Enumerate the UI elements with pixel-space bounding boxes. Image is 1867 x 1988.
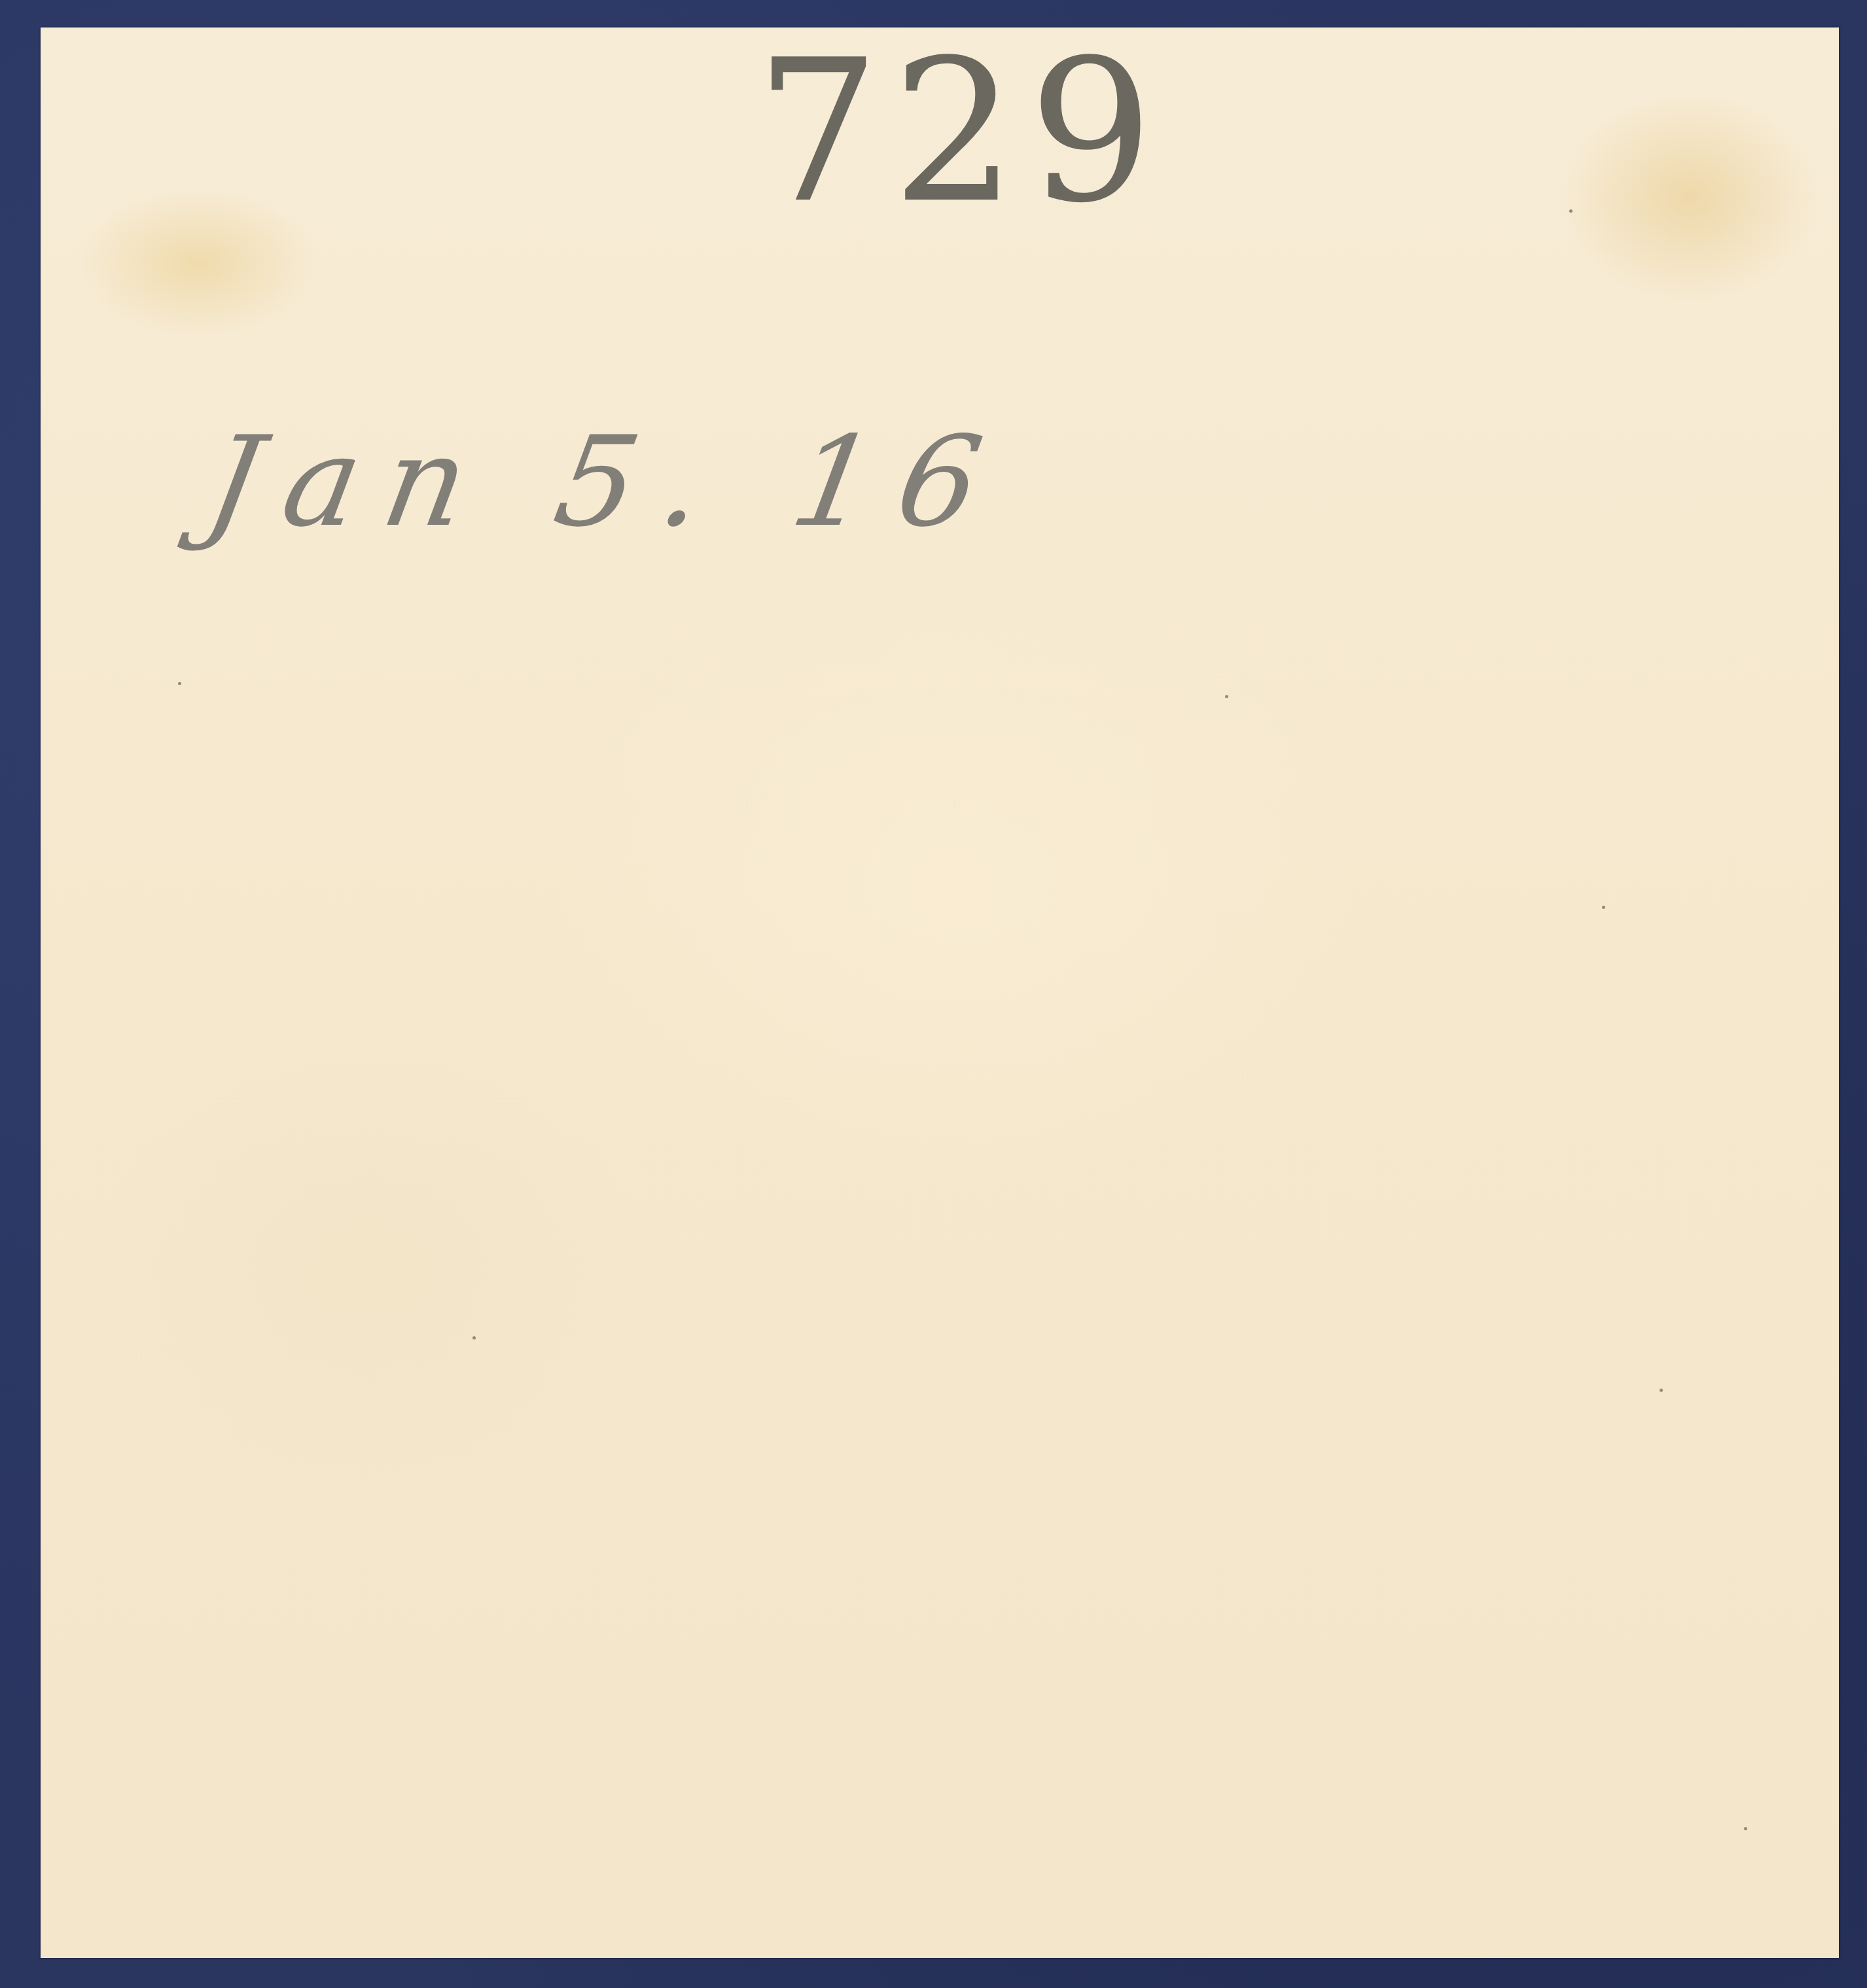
- stamped-number: 729: [755, 34, 1165, 230]
- paper-speck: [1602, 906, 1605, 909]
- paper-speck: [472, 1336, 476, 1340]
- paper-speck: [1225, 695, 1228, 698]
- paper-speck: [1660, 1389, 1663, 1392]
- dark-mount-background: 729 Jan 5. 16: [0, 0, 1867, 1988]
- paper-card: 729 Jan 5. 16: [41, 27, 1839, 1958]
- paper-speck: [1744, 1827, 1747, 1830]
- paper-speck: [178, 682, 181, 685]
- handwritten-date: Jan 5. 16: [198, 420, 1016, 544]
- paper-speck: [1569, 209, 1573, 213]
